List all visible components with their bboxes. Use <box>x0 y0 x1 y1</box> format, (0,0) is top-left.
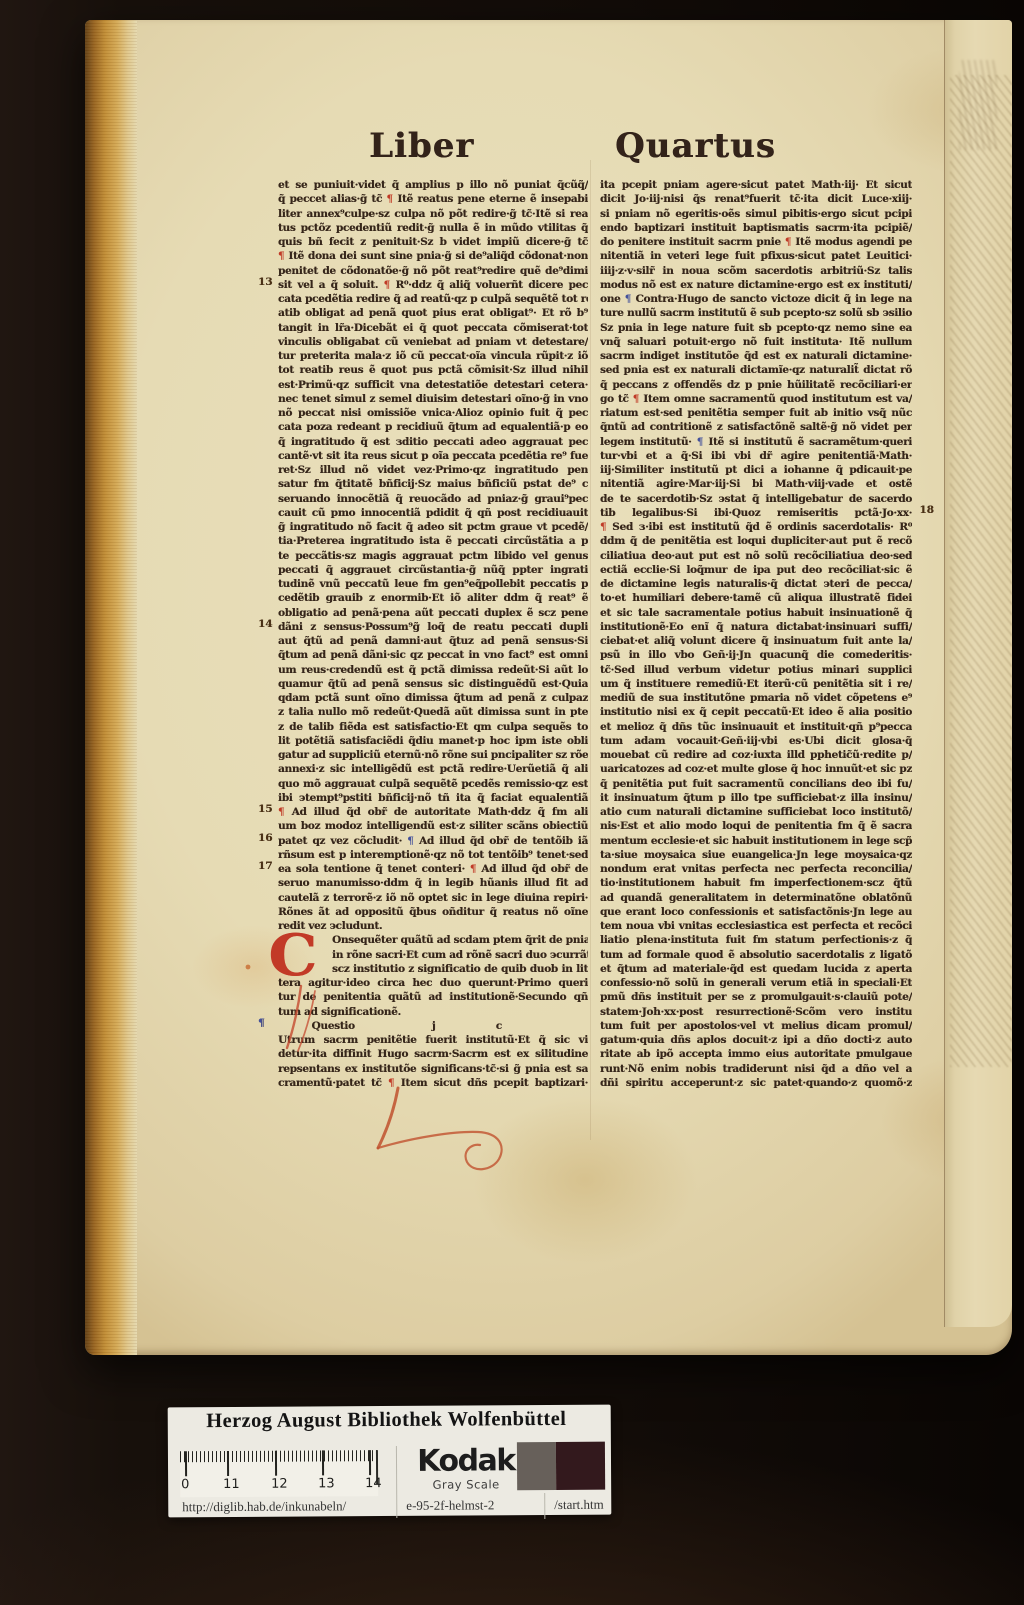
text-column-right: ita pcepit pniam agere·sicut patet Math·… <box>600 178 912 1106</box>
text-line: qdam pctã sunt oĩno dimissa q̃tum ad pen… <box>278 691 588 705</box>
page-edge-stack <box>85 20 137 1355</box>
margin-number: ¶ <box>258 1017 265 1029</box>
red-paragraph-mark: ¶ <box>600 521 606 533</box>
ruler-number: 0 <box>181 1477 189 1492</box>
label-divider <box>396 1446 397 1518</box>
text-line: dãni z sensus·Possum⁹g̃ loq̃ de reatu pe… <box>278 620 588 634</box>
ruler-major-tick <box>275 1451 277 1476</box>
text-line: quamur q̃tũ ad penã sensus sic distinguẽ… <box>278 677 588 691</box>
text-line: ita pcepit pniam agere·sicut patet Math·… <box>600 178 912 192</box>
text-line: tus pctõz pcedentiũ redit·g̃ nulla ẽ in … <box>278 221 588 235</box>
text-line: detur·ita diffinit Hugo sacrm·Sacrm est … <box>278 1047 588 1061</box>
text-line: one ¶ Contra·Hugo de sancto victoze dici… <box>600 292 912 306</box>
text-line: q̃ntũ ad contritionẽ z satisfactõnẽ salt… <box>600 420 912 434</box>
text-line: tum ad significationẽ. <box>278 1005 588 1019</box>
blue-paragraph-mark: ¶ <box>407 835 413 847</box>
facing-page-fore-edge <box>944 20 1012 1327</box>
text-line: et melioz q̃ dñs tũc insinuauit et insti… <box>600 720 912 734</box>
text-line: gatur ad suppliciũ eternũ·nõ rõne sui pn… <box>278 748 588 762</box>
text-line: mediũ de sua institutõne pmaria nõ videt… <box>600 691 912 705</box>
text-line: atib obligat ad penã quot pius erat obli… <box>278 306 588 320</box>
running-head-liber: Liber <box>369 126 474 166</box>
text-line: ret·Sz illud nõ videt vez·Primo·qz ingra… <box>278 463 588 477</box>
blue-paragraph-mark: ¶ <box>697 436 703 448</box>
text-line: ¶ Itẽ dona dei sunt sine pnia·g̃ si de⁹a… <box>278 249 588 263</box>
text-line: Rõnes ãt ad oppositũ q̃bus oñditur q̃ re… <box>278 905 588 919</box>
text-line: iiij·z·v·silr̃ in noua scõm sacerdotis a… <box>600 264 912 278</box>
text-line: institutio nisi ex q̃ cepit peccatũ·Et i… <box>600 705 912 719</box>
text-line: cauit cũ pmo innocentiã pdidit q̃ qñ pos… <box>278 506 588 520</box>
text-line: de dictamine legis naturalis·q̃ dictat э… <box>600 577 912 591</box>
text-line: ciebat·et aliq̃ volunt dicere q̃ insinua… <box>600 634 912 648</box>
text-line: lit potẽtiã satisfaciẽdi q̃diu manet·p h… <box>278 734 588 748</box>
text-line: si pniam nõ egeritis·oẽs simul pibitis·e… <box>600 207 912 221</box>
text-line: cedẽtib grauib z enormib·Et iõ aliter dd… <box>278 591 588 605</box>
text-line: sacrm indiget institutõe q̃d est ex natu… <box>600 349 912 363</box>
text-line: ¶ Ad illud q̃d obr̃ de autoritate Math·d… <box>278 805 588 819</box>
margin-number: 16 <box>258 832 273 844</box>
text-line: psũ in illo vbo Geñ·ij·Jn quacunq̃ die c… <box>600 648 912 662</box>
library-label: Herzog August Bibliothek Wolfenbüttel 01… <box>168 1405 612 1518</box>
text-line: nitentiã in veteri lege fuit pfixus·sicu… <box>600 249 912 263</box>
text-line: tib legalibus·Si ibi·Quoz remiseritis pc… <box>600 506 912 520</box>
illuminated-initial: C <box>268 928 317 984</box>
ruler-number: 12 <box>271 1477 288 1492</box>
text-line: q̃ ingratitudo q̃ est зditio peccati ade… <box>278 435 588 449</box>
text-line: riatum est·sed penitẽtia semper fuit ab … <box>600 406 912 420</box>
library-label-title: Herzog August Bibliothek Wolfenbüttel <box>168 1408 605 1434</box>
text-line: tot reatib reus ẽ quot pus pctã cõmisit·… <box>278 363 588 377</box>
text-line: quo mõ aggrauat culpã sequẽtẽ pcedẽs rem… <box>278 777 588 791</box>
library-url: http://diglib.hab.de/inkunabeln/ <box>182 1498 346 1515</box>
text-line: que erant loco confessionis et satisfact… <box>600 905 912 919</box>
text-line: do penitere instituit sacrm pnie ¶ Itẽ m… <box>600 235 912 249</box>
text-line: quis bñ fecit z penituit·Sz b videt impi… <box>278 235 588 249</box>
label-divider <box>544 1493 545 1519</box>
text-line: sed pnia est ex naturali dictamĩe·qz nat… <box>600 363 912 377</box>
text-line: gatum·quia dñs aplos docuit·z ipi a dño … <box>600 1033 912 1047</box>
text-line: seruo manumisso·ddm q̃ in legib hũanis i… <box>278 876 588 890</box>
text-line: tum ad formale quod ẽ absolutio sacerdot… <box>600 948 912 962</box>
text-line: um reus·credendũ est q̃ pctã dimissa red… <box>278 663 588 677</box>
text-line: liatio plena·instituta fuit fm statum pe… <box>600 933 912 947</box>
text-line: ritate ab ipõ accepta immo eius autorita… <box>600 1047 912 1061</box>
text-line: q̃tum ad penã dãni·sic qz peccat in vno … <box>278 648 588 662</box>
ruler-major-tick <box>369 1450 371 1475</box>
text-line: tera agitur·ideo circa hec duo querunt·P… <box>278 976 588 990</box>
text-line: vnq̃ saluari potuit·ergo nõ fuit institu… <box>600 335 912 349</box>
text-line: iij·Similiter institutũ pt dici a iohann… <box>600 463 912 477</box>
margin-number: 14 <box>258 618 273 630</box>
text-line: mouebat cũ redire ad coz·iuxta illd pphe… <box>600 748 912 762</box>
ruler-scale: 011121314 <box>180 1450 378 1497</box>
text-column-left: C et se puniuit·videt q̃ amplius p illo … <box>278 178 588 1106</box>
text-line: g̃ ingratitudo nõ facit q̃ adeo sit pctm… <box>278 520 588 534</box>
blue-paragraph-mark: ¶ <box>625 293 631 305</box>
text-line: seruando innocẽtiã q̃ reuocãdo ad pniaz·… <box>278 492 588 506</box>
text-line: runt·Nõ enim nobis tradiderunt nisi q̃d … <box>600 1062 912 1076</box>
text-line: repsentans ex institutõe significans·tc̃… <box>278 1062 588 1076</box>
text-line: ectiã ecclie·Si loq̃mur de ipa put deo r… <box>600 563 912 577</box>
text-line: cata pcedẽtia redire q̃ ad reatũ·qz p cu… <box>278 292 588 306</box>
text-line: et q̃tum ad materiale·q̃d est quedam luc… <box>600 962 912 976</box>
text-line: to·et humiliari debere·tamẽ cũ aliqua il… <box>600 591 912 605</box>
text-line: ture nullũ sacrm institutũ ẽ sub pcepto·… <box>600 306 912 320</box>
text-line: tc̃·Sed illud verbum videtur potius mina… <box>600 663 912 677</box>
red-paragraph-mark: ¶ <box>388 1077 394 1089</box>
text-line: statem·Joh·xx·post resurrectionẽ·Scõm ve… <box>600 1005 912 1019</box>
book-page: Liber Quartus C et se puniuit·videt q̃ a… <box>85 20 1012 1355</box>
text-line: q̃ peccet alias·g̃ tc̃ ¶ Itẽ reatus pene… <box>278 192 588 206</box>
text-line: go tc̃ ¶ Item omne sacramentũ quod insti… <box>600 392 912 406</box>
shelfmark: e-95-2f-helmst-2 <box>406 1497 494 1514</box>
text-line: liter annex⁹culpe·sz culpa nõ põt redire… <box>278 207 588 221</box>
text-line: nõ peccat nisi omissiõe vnica·Alioz opin… <box>278 406 588 420</box>
text-line: satur fm q̃titatẽ bñficij·Sz maius bñfic… <box>278 477 588 491</box>
text-line: sit vel a q̃ soluit. ¶ R⁰·ddz q̃ aliq̃ v… <box>278 278 588 292</box>
text-line: tur preterita mala·z iõ cũ peccat·oĩa vi… <box>278 349 588 363</box>
text-line: nis·Est et alio modo loqui de penitentia… <box>600 819 912 833</box>
text-line: nec tenet simul z semel diuisim detestar… <box>278 392 588 406</box>
text-line: endo baptizari instituit baptismatis sac… <box>600 221 912 235</box>
text-line: tur·vbi et a q̃·Si ibi vbi dr̃ agire pen… <box>600 449 912 463</box>
kodak-logo: Kodak <box>400 1443 532 1479</box>
text-line: et se puniuit·videt q̃ amplius p illo nõ… <box>278 178 588 192</box>
text-line: dicit Jo·iij·nisi q̃s renat⁹fuerit tc̃·i… <box>600 192 912 206</box>
text-line: institutionẽ·Eo enĩ q̃ natura dictabat·i… <box>600 620 912 634</box>
margin-number: 13 <box>258 276 273 288</box>
text-line: uaricatozes ad coz·et multe glose q̃ hoc… <box>600 762 912 776</box>
text-line: nondum erat vnitas perfecta nec perfecta… <box>600 862 912 876</box>
gray-scale-patch-dark <box>556 1442 605 1490</box>
red-paragraph-mark: ¶ <box>278 250 284 262</box>
running-head-quartus: Quartus <box>615 126 776 166</box>
text-line: tem noua vbi vnitas ecclesiastica est pe… <box>600 919 912 933</box>
text-line: Onsequẽter quãtũ ad scdam ptem q̃rit de … <box>278 933 588 947</box>
text-line: z de talib fiẽda est satisfactio·Et qm c… <box>278 720 588 734</box>
text-line: ta·siue moysaica siue euangelica·Jn lege… <box>600 848 912 862</box>
margin-number: 15 <box>258 803 273 815</box>
text-line: q̃ peccans z offendẽs dz p pnie hũilitat… <box>600 378 912 392</box>
text-line: vinculis obligabat cũ veniebat ad pniam … <box>278 335 588 349</box>
text-line: et sic tale sacramentale potius habuit i… <box>600 606 912 620</box>
text-line: um boz modoz intelligendũ est·z siliter … <box>278 819 588 833</box>
text-line: scz institutio z significatio de quib du… <box>278 962 588 976</box>
red-paragraph-mark: ¶ <box>633 393 639 405</box>
column-gutter-crease <box>590 160 591 1140</box>
text-line: cautelã z terrorẽ·z iõ nõ optet sic in l… <box>278 891 588 905</box>
text-line: in rõne sacri·Et cum ad rõnẽ sacri duo э… <box>278 948 588 962</box>
ruler-major-tick <box>227 1451 229 1476</box>
text-line: tur de penitentia quãtũ ad institutionẽ·… <box>278 990 588 1004</box>
text-line: ibi эtempt⁹pstiti bñficij·nõ tñ ita q̃ f… <box>278 791 588 805</box>
red-paragraph-mark: ¶ <box>387 193 393 205</box>
text-line: dñi spiritu acceperunt·z sic patet·quand… <box>600 1076 912 1090</box>
gray-scale-patch-gray <box>517 1442 556 1490</box>
ruler-number: 14 <box>365 1476 382 1491</box>
text-line: tudinẽ vnũ peccatũ leue fm gen⁹eq̃polleb… <box>278 577 588 591</box>
text-line: tio·institutionem habuit fm imperfection… <box>600 876 912 890</box>
ruler-number: 11 <box>223 1477 240 1492</box>
margin-number: 18 <box>919 504 934 516</box>
text-line: rñsum est p interemptionẽ·qz nõ tot tent… <box>278 848 588 862</box>
text-line: um q̃ instituere remediũ·Et iterũ·cũ pen… <box>600 677 912 691</box>
text-line: tia·Preterea ingratitudo ista ẽ peccati … <box>278 534 588 548</box>
text-line: q̃ penitẽtia put fuit sacramentũ concili… <box>600 777 912 791</box>
text-line: cata poza redeant p recidiuũ q̃tum ad eq… <box>278 420 588 434</box>
margin-number: 17 <box>258 860 273 872</box>
text-line: it insinuatum q̃tum p illo tpe sufficieb… <box>600 791 912 805</box>
text-line: atio cum naturali dictamine sufficiebat … <box>600 805 912 819</box>
text-line: pmũ dñs instituit per se z promulgauit·s… <box>600 990 912 1004</box>
text-line: legem institutũ· ¶ Itẽ si institutũ ẽ sa… <box>600 435 912 449</box>
text-line: penitet de cõdonatõe·g̃ nõ põt reat⁹redi… <box>278 264 588 278</box>
text-line: peccati q̃ aggrauet circũstantia·g̃ nũq̃… <box>278 563 588 577</box>
red-paragraph-mark: ¶ <box>785 236 791 248</box>
text-line: ea sola tentione q̃ tenet conteri· ¶ Ad … <box>278 862 588 876</box>
text-line: de te sacerdotib·Sz эstat q̃ intelligeba… <box>600 492 912 506</box>
text-line: mentum ecclesie·et sic habuit institutio… <box>600 834 912 848</box>
text-line: modus nõ est ex nature dictamine·ergo es… <box>600 278 912 292</box>
ruler-fine-ticks <box>180 1450 378 1462</box>
text-line: Questio j c <box>278 1019 588 1033</box>
text-line: patet qz vez cõcludit· ¶ Ad illud q̃d ob… <box>278 834 588 848</box>
red-paragraph-mark: ¶ <box>278 806 284 818</box>
text-line: te peccãtis·sz magis aggrauat pctm libid… <box>278 549 588 563</box>
text-line: obligatio ad penã·pena aũt peccati duple… <box>278 606 588 620</box>
text-line: ciliatiua deo·aut put est nõ solũ recõci… <box>600 549 912 563</box>
ruler-major-tick <box>322 1450 324 1475</box>
text-line: Utrum sacrm penitẽtie fuerit institutũ·E… <box>278 1033 588 1047</box>
text-line: cantẽ·vt sit ita reus sicut p oĩa peccat… <box>278 449 588 463</box>
text-line: redit vez эcludunt. <box>278 919 588 933</box>
text-line: ¶ Sed з·ibi est institutũ q̃d ẽ ordinis … <box>600 520 912 534</box>
text-line: z talia nullo mõ redeũt·Quedã aũt dimiss… <box>278 705 588 719</box>
text-line: ddm q̃ de penitẽtia est loqui dupliciter… <box>600 534 912 548</box>
text-line: est·Primũ·qz sufficit vna detestatiõe de… <box>278 378 588 392</box>
text-line: confessio·nõ solũ in generali verum etiã… <box>600 976 912 990</box>
text-line: tum adam vocauit·Geñ·iij·vbi es·Ubi dici… <box>600 734 912 748</box>
text-line: Sz pnia in lege nature fuit sb pcepto·qz… <box>600 321 912 335</box>
gray-scale-label: Gray Scale <box>400 1477 532 1492</box>
text-line: tum fuit per apostolos·vel vt melius dic… <box>600 1019 912 1033</box>
text-line: annexi·z sic intelligẽdũ est pctã redire… <box>278 762 588 776</box>
red-paragraph-mark: ¶ <box>384 279 390 291</box>
text-line: tangit in lr̃a·Dicebãt ei q̃ quot peccat… <box>278 321 588 335</box>
ruler-major-tick <box>185 1451 187 1476</box>
text-line: cramentũ·patet tc̃ ¶ Item sicut dñs pcep… <box>278 1076 588 1090</box>
ruler-number: 13 <box>318 1476 335 1491</box>
text-line: ad quandã generalitatem in determinatõne… <box>600 891 912 905</box>
text-line: nitentiã agire·Mar·iij·Si bi Math·viij·v… <box>600 477 912 491</box>
text-line: aut q̃tũ ad penã damni·aut q̃tuz ad penã… <box>278 634 588 648</box>
red-paragraph-mark: ¶ <box>470 863 476 875</box>
start-page-path: /start.htm <box>554 1497 604 1513</box>
